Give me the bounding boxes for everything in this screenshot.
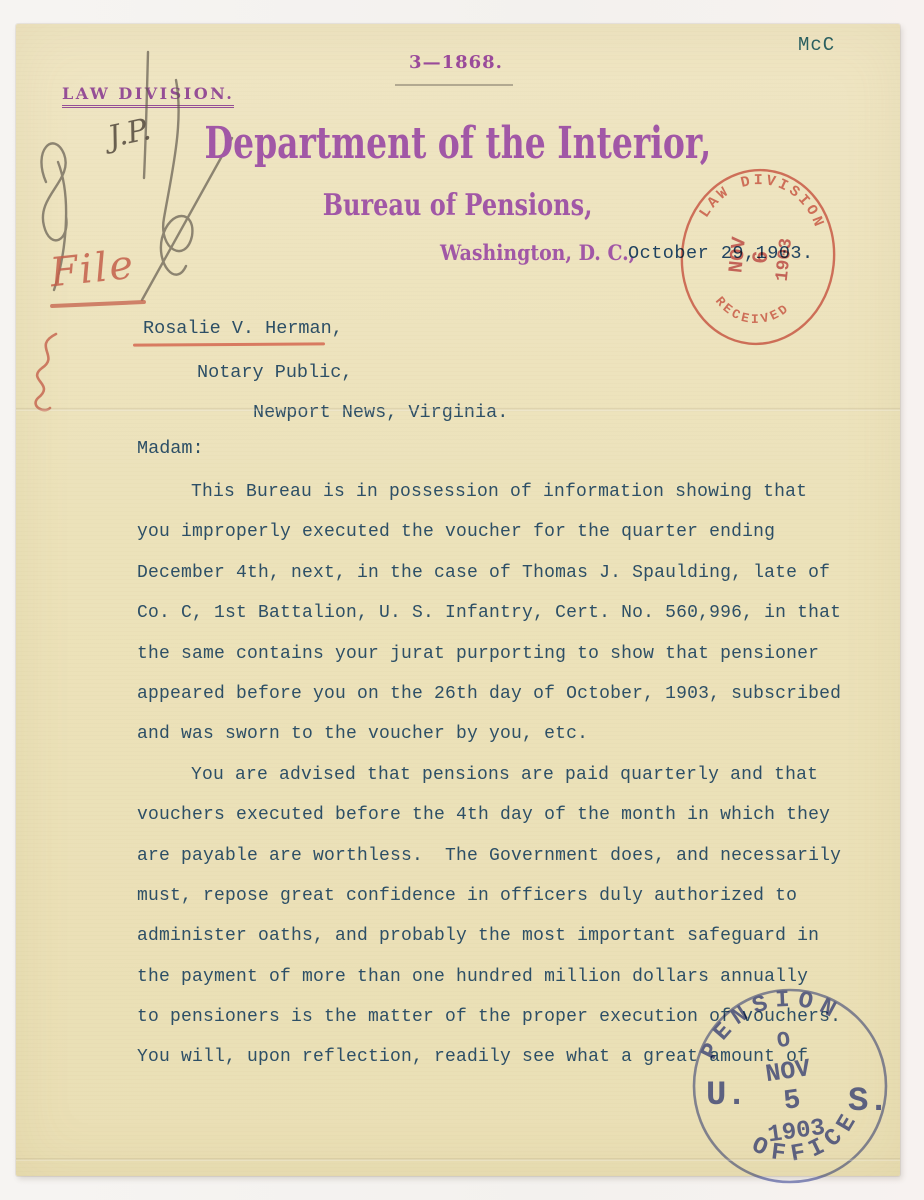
letterhead-place-text: Washington, D. C., <box>440 240 635 265</box>
salutation: Madam: <box>137 438 204 459</box>
body-line: This Bureau is in possession of informat… <box>137 472 849 512</box>
red-stamp-arc-top-text: LAW DIVISION <box>695 165 832 233</box>
recipient-city: Newport News, Virginia. <box>253 402 508 423</box>
pension-office-received-stamp: PENSION OFFICE U. S. O NOV 5 1903 <box>680 976 900 1196</box>
blue-stamp-month: NOV <box>764 1054 813 1089</box>
body-line: December 4th, next, in the case of Thoma… <box>137 553 849 593</box>
red-margin-squiggle <box>24 328 70 420</box>
red-stamp-day: 6 <box>748 249 774 265</box>
body-line: and was sworn to the voucher by you, etc… <box>137 714 849 754</box>
svg-text:PENSION: PENSION <box>685 976 852 1070</box>
blue-stamp-day: 5 <box>782 1085 803 1118</box>
red-stamp-arc-bottom-text: RECEIVED <box>710 293 794 332</box>
body-line: Co. C, 1st Battalion, U. S. Infantry, Ce… <box>137 593 849 633</box>
body-line: you improperly executed the voucher for … <box>137 512 849 552</box>
form-number: 3—1868. <box>346 52 566 73</box>
letterhead-place: Washington, D. C., <box>440 240 657 265</box>
body-line: must, repose great confidence in officer… <box>137 876 849 916</box>
blue-stamp-center-mark: O <box>775 1028 792 1055</box>
blue-stamp-left-text: U. <box>706 1077 747 1115</box>
blue-stamp-arc-top-text: PENSION <box>685 976 852 1070</box>
blue-stamp-right-text: S. <box>848 1083 889 1121</box>
letter-page: McC 3—1868. LAW DIVISION. J.P. Departmen… <box>16 24 900 1176</box>
svg-text:LAW DIVISION: LAW DIVISION <box>695 165 832 233</box>
letterhead-bureau-text: Bureau of Pensions, <box>323 188 593 223</box>
body-line: appeared before you on the 26th day of O… <box>137 674 849 714</box>
body-line: vouchers executed before the 4th day of … <box>137 795 849 835</box>
svg-text:RECEIVED: RECEIVED <box>710 293 794 332</box>
law-division-received-stamp: LAW DIVISION RECEIVED NOV 6 1903 <box>671 160 845 354</box>
red-stamp-year: 1903 <box>773 237 797 282</box>
body-line: administer oaths, and probably the most … <box>137 916 849 956</box>
recipient-name-underline <box>133 342 325 346</box>
body-line: You are advised that pensions are paid q… <box>137 755 849 795</box>
file-note: File <box>48 242 137 297</box>
form-number-rule <box>395 84 513 86</box>
body-line: the same contains your jurat purporting … <box>137 634 849 674</box>
clerk-initials-annotation: McC <box>798 34 835 56</box>
red-stamp-month: NOV <box>725 236 752 274</box>
recipient-name: Rosalie V. Herman, <box>143 318 343 339</box>
recipient-title: Notary Public, <box>197 362 352 383</box>
fold-crease-lower <box>16 1158 900 1161</box>
letterhead-department-text: Department of the Interior, <box>205 118 712 169</box>
body-line: are payable are worthless. The Governmen… <box>137 836 849 876</box>
fold-crease-upper <box>16 408 900 411</box>
